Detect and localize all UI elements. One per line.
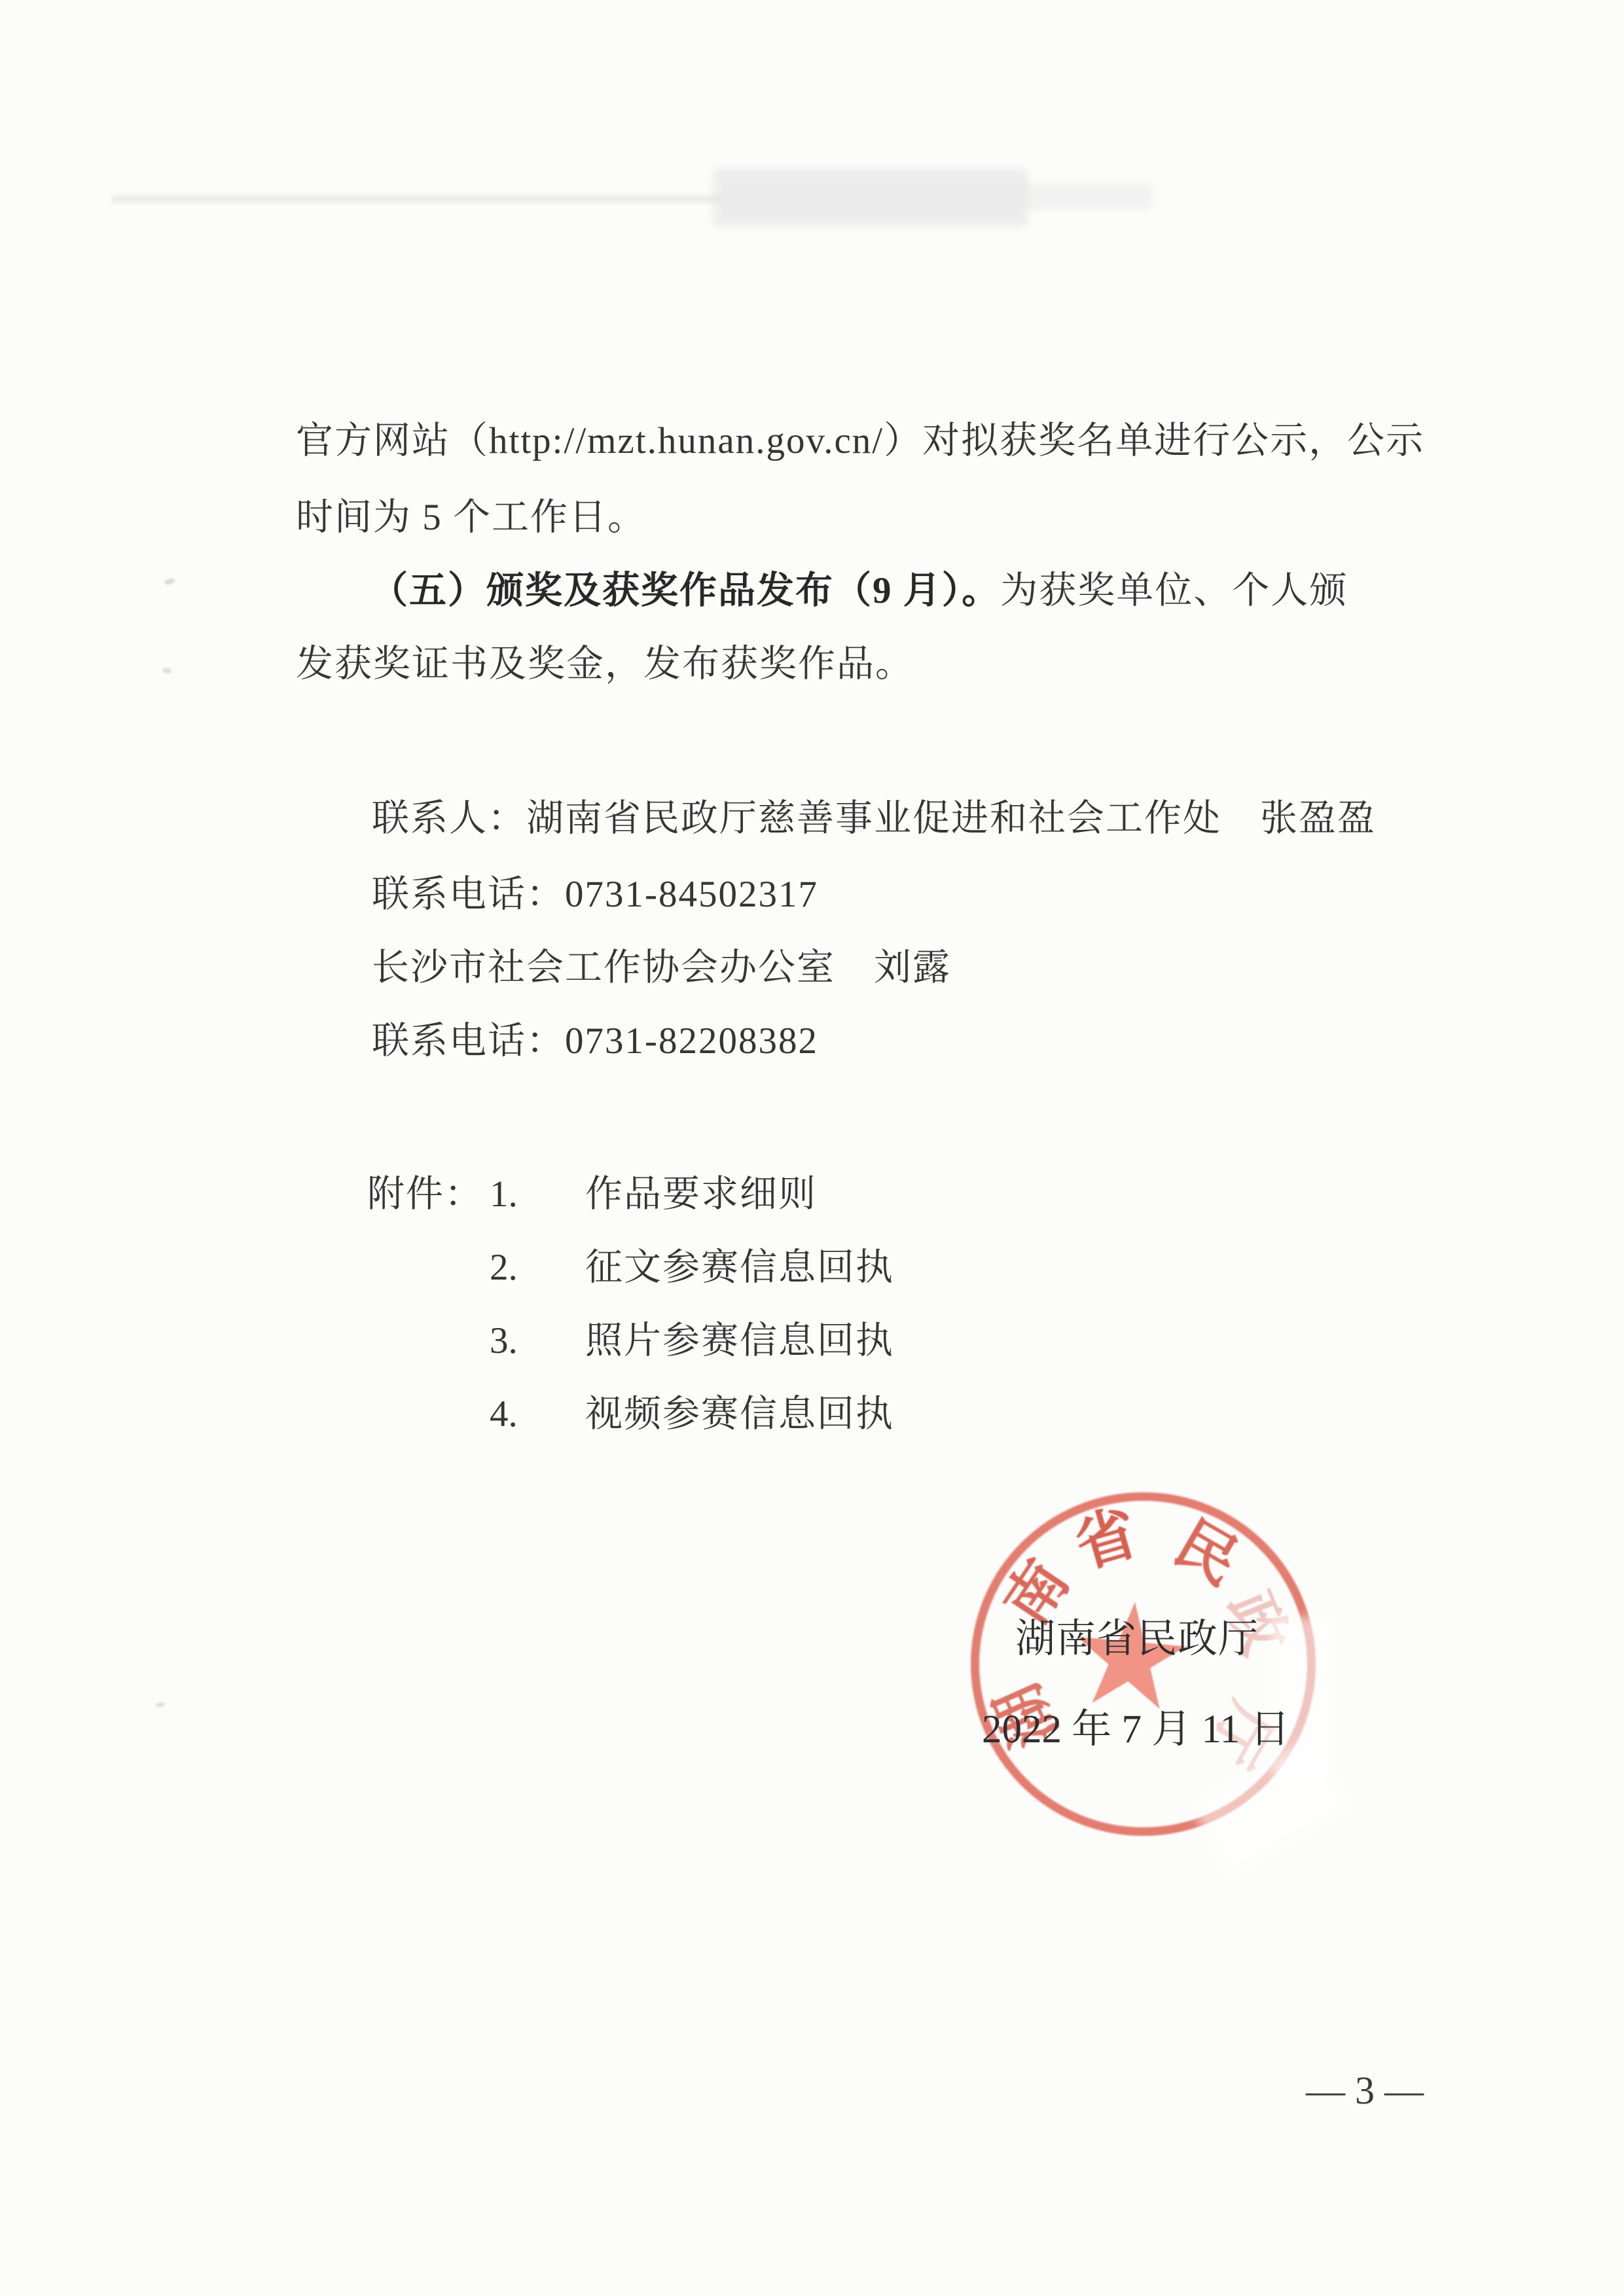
page-number: — 3 — xyxy=(1306,2071,1424,2110)
attachment-text: 征文参赛信息回执 xyxy=(585,1247,894,1288)
attachment-number: 3. xyxy=(490,1322,585,1359)
body-paragraph2-line2: 发获奖证书及奖金，发布获奖作品。 xyxy=(296,645,914,683)
scan-speck xyxy=(164,577,175,586)
attachment-item-4: 4.视频参赛信息回执 xyxy=(490,1395,894,1433)
attachment-item-3: 3.照片参赛信息回执 xyxy=(490,1322,894,1359)
scan-speck xyxy=(162,667,171,674)
signature-organization: 湖南省民政厅 xyxy=(1015,1619,1259,1659)
contact-org-line: 长沙市社会工作协会办公室 刘露 xyxy=(372,949,951,986)
scan-speck xyxy=(155,1702,165,1708)
contact-phone-line-2: 联系电话：0731-82208382 xyxy=(372,1022,818,1060)
attachments-label: 附件： xyxy=(367,1175,483,1213)
scanned-document-page: 官方网站（http://mzt.hunan.gov.cn/）对拟获奖名单进行公示… xyxy=(0,0,1624,2296)
scan-smear xyxy=(1021,183,1152,209)
contact-person-line: 联系人：湖南省民政厅慈善事业促进和社会工作处 张盈盈 xyxy=(372,800,1376,837)
scan-smear xyxy=(713,169,1028,226)
attachment-item-1: 1.作品要求细则 xyxy=(490,1175,817,1213)
section-heading-bold: （五）颁奖及获奖作品发布（9 月）。 xyxy=(370,570,1000,611)
body-paragraph2-line1: （五）颁奖及获奖作品发布（9 月）。为获奖单位、个人颁 xyxy=(370,572,1348,609)
attachment-text: 视频参赛信息回执 xyxy=(585,1393,894,1435)
attachment-item-2: 2.征文参赛信息回执 xyxy=(490,1249,894,1286)
signature-date: 2022 年 7 月 11 日 xyxy=(982,1710,1290,1749)
attachment-number: 4. xyxy=(490,1395,585,1433)
attachment-text: 作品要求细则 xyxy=(585,1174,817,1215)
body-paragraph1-line1: 官方网站（http://mzt.hunan.gov.cn/）对拟获奖名单进行公示… xyxy=(296,422,1424,459)
body-paragraph1-line2: 时间为 5 个工作日。 xyxy=(296,499,646,536)
attachment-number: 2. xyxy=(490,1249,585,1286)
attachment-number: 1. xyxy=(490,1175,585,1213)
contact-phone-line-1: 联系电话：0731-84502317 xyxy=(372,876,818,913)
attachment-text: 照片参赛信息回执 xyxy=(585,1320,894,1361)
section-heading-rest: 为获奖单位、个人颁 xyxy=(1000,570,1348,611)
scan-smear xyxy=(111,195,720,203)
